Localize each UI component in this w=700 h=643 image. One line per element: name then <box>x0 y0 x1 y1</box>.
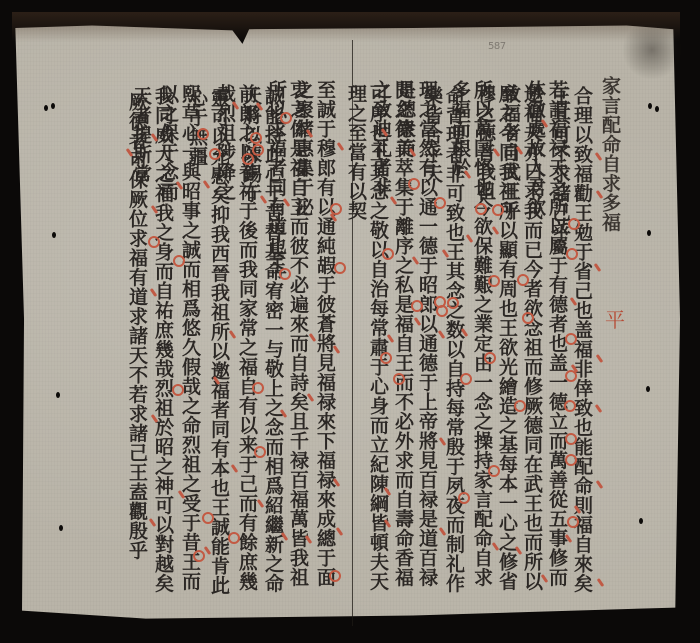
red-circle-mark <box>566 248 578 260</box>
top-edge-stain <box>12 12 680 42</box>
left-col-8: 厥德者可保厥位求福有道求諸天不若求諸己王盍觀殷乎 <box>126 92 148 612</box>
red-circle-mark <box>514 400 526 412</box>
red-circle-mark <box>148 236 160 248</box>
page-number: 587 <box>488 41 506 52</box>
right-col-2: 合理以致福勸王勉于省己也盖福非倖致也能配命則福自來矣王其可不求諸己乎 <box>571 86 593 606</box>
red-circle-mark <box>522 312 534 324</box>
red-margin-annotation: 平 <box>605 304 625 333</box>
red-circle-mark <box>173 255 185 267</box>
red-circle-mark <box>565 433 577 445</box>
right-col-9: 閲之德美萃集于離序之私是福自王而不必外求而自壽命香福之致迪礼者非 <box>392 80 414 600</box>
red-circle-mark <box>565 454 577 466</box>
red-circle-mark <box>202 512 214 524</box>
red-circle-mark <box>193 550 205 562</box>
red-circle-mark <box>564 400 576 412</box>
worm-hole <box>639 518 643 524</box>
red-circle-mark <box>209 148 221 160</box>
red-circle-mark <box>279 268 291 280</box>
worm-hole <box>646 386 650 392</box>
red-circle-mark <box>254 446 266 458</box>
red-circle-mark <box>393 373 405 385</box>
worm-hole <box>648 103 652 109</box>
red-circle-mark <box>252 382 264 394</box>
right-col-4: 邀福夫亦曰求我而已今者欲念祖而修厥德同在武王也而所以致福者自武王乎 <box>521 84 543 604</box>
red-circle-mark <box>434 197 446 209</box>
right-col-5: 靡之今同我祖所以顯有周也王欲光繪造之基每本一心之修省穆之德音我祖 <box>496 84 518 604</box>
red-circle-mark <box>447 297 459 309</box>
red-circle-mark <box>460 373 472 385</box>
red-circle-mark <box>329 570 341 582</box>
right-col-7: 命背理者非可致也王其念之数以自持每常殷于夙夜而制礼作樂皆合乎天 <box>443 86 465 606</box>
worm-hole <box>56 392 60 398</box>
worm-hole <box>59 525 63 531</box>
red-circle-mark <box>475 203 487 215</box>
red-circle-mark <box>484 352 496 364</box>
red-circle-mark <box>408 178 420 190</box>
red-circle-mark <box>565 333 577 345</box>
red-circle-mark <box>334 262 346 274</box>
red-circle-mark <box>382 248 394 260</box>
left-col-2: 衷之体是福自王而彼不必遍來而自詩矣且千禄百福萬皆我祖所以求福者同有道也王 <box>287 80 309 600</box>
red-circle-mark <box>567 516 579 528</box>
right-col-6: 所以萬国恪也今欲保難艱之業定由一念之操持家言配命自求多福而根於 <box>471 80 493 600</box>
red-circle-mark <box>458 492 470 504</box>
red-circle-mark <box>517 274 529 286</box>
red-circle-mark <box>280 112 292 124</box>
red-circle-mark <box>250 132 262 144</box>
left-col-3: 誠能持此心于昔替基命宥密一与敬上之念而相爲紹繼新之命天將以陳錫于 <box>262 86 284 606</box>
red-circle-mark <box>380 352 392 364</box>
left-col-6: 熙草心一與昭事之誠而相爲悠久假哉之命烈祖之受于昔王而以之保于念而 <box>179 84 201 604</box>
red-circle-mark <box>242 153 254 165</box>
worm-hole <box>52 232 56 238</box>
red-circle-mark <box>172 384 184 396</box>
red-circle-mark <box>488 465 500 477</box>
right-col-10: 可序也王其念之敬以自治每常肅于心身而立紀陳綱皆頓夫天理之至當有以契 <box>367 84 389 604</box>
red-circle-mark <box>488 275 500 287</box>
left-col-7: 我同威大之福我之身而自祐庶幾哉烈祖於昭之神可以對越矣天者提斯常 <box>152 86 174 606</box>
left-col-5: 靈可以允慰矣抑我西晉我祖所以邀福者同有本也王誠能肯此心于無疆 <box>208 88 230 608</box>
red-circle-mark <box>411 300 423 312</box>
red-circle-mark <box>197 128 209 140</box>
red-circle-mark <box>492 204 504 216</box>
right-col-8: 理之當然有以通一德于昭郎以通德于上帝將見百禄是道百禄是總衆而 <box>416 80 438 600</box>
left-col-1: 至誠于穆郎有以通純嘏于彼蒼將見福禄來下福禄來成總于面之聚緒惠集于泌 <box>314 80 336 600</box>
corner-stain <box>622 20 682 80</box>
worm-hole <box>647 230 651 236</box>
red-circle-mark <box>568 218 580 230</box>
right-col-1-title: 家言配命自求多福 <box>599 76 621 232</box>
red-circle-mark <box>228 532 240 544</box>
worm-hole <box>655 106 659 112</box>
red-circle-mark <box>436 305 448 317</box>
worm-hole <box>51 103 55 109</box>
worm-hole <box>44 105 48 111</box>
red-circle-mark <box>252 144 264 156</box>
